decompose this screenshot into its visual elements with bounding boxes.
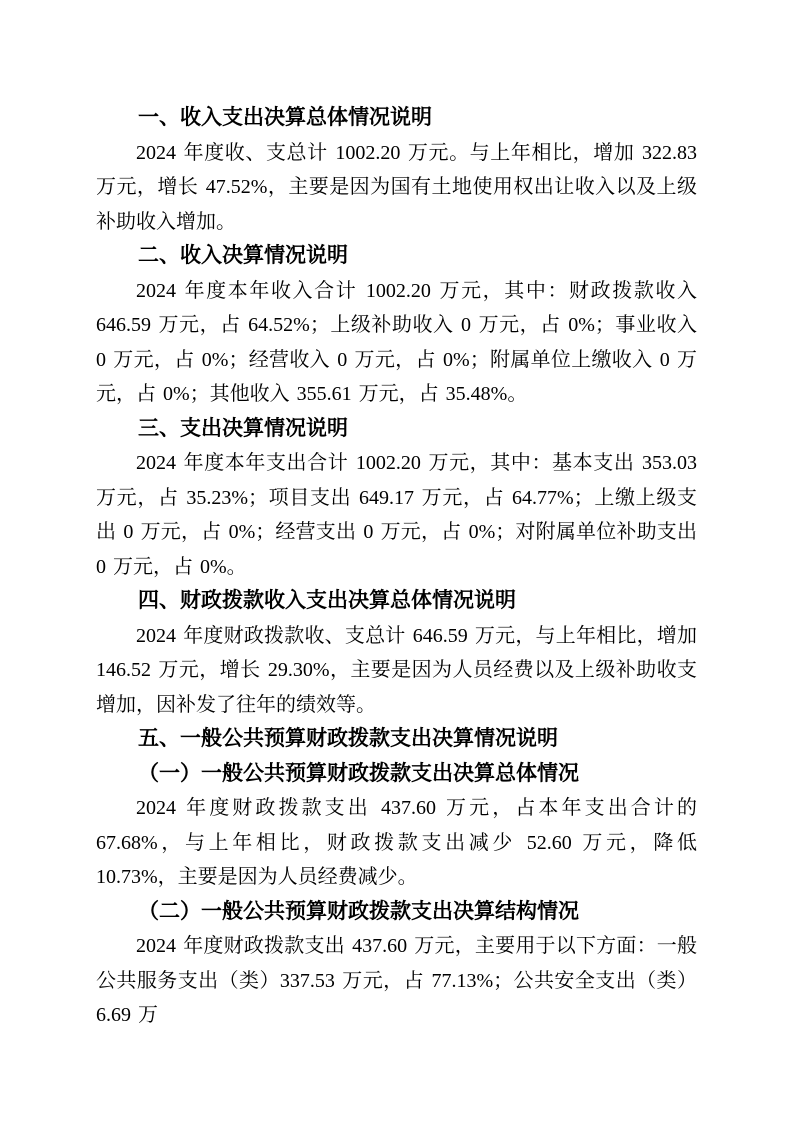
paragraph-general-public-budget-overall: 2024 年度财政拨款支出 437.60 万元，占本年支出合计的 67.68%，… (96, 791, 697, 895)
heading-expenditure-final-accounts: 三、支出决算情况说明 (96, 412, 697, 447)
subheading-general-public-budget-overall: （一）一般公共预算财政拨款支出决算总体情况 (96, 757, 697, 792)
document-content: 一、收入支出决算总体情况说明 2024 年度收、支总计 1002.20 万元。与… (96, 101, 697, 1033)
heading-general-public-budget-expenditure: 五、一般公共预算财政拨款支出决算情况说明 (96, 722, 697, 757)
subheading-general-public-budget-structure: （二）一般公共预算财政拨款支出决算结构情况 (96, 895, 697, 930)
heading-income-expenditure-overview: 一、收入支出决算总体情况说明 (96, 101, 697, 136)
paragraph-expenditure-final-accounts: 2024 年度本年支出合计 1002.20 万元，其中：基本支出 353.03 … (96, 446, 697, 584)
paragraph-income-final-accounts: 2024 年度本年收入合计 1002.20 万元，其中：财政拨款收入 646.5… (96, 274, 697, 412)
document-page: 一、收入支出决算总体情况说明 2024 年度收、支总计 1002.20 万元。与… (0, 0, 793, 1122)
heading-fiscal-appropriation-overview: 四、财政拨款收入支出决算总体情况说明 (96, 584, 697, 619)
paragraph-general-public-budget-structure: 2024 年度财政拨款支出 437.60 万元，主要用于以下方面：一般公共服务支… (96, 929, 697, 1033)
paragraph-fiscal-appropriation-overview: 2024 年度财政拨款收、支总计 646.59 万元，与上年相比，增加 146.… (96, 619, 697, 723)
heading-income-final-accounts: 二、收入决算情况说明 (96, 239, 697, 274)
paragraph-income-expenditure-overview: 2024 年度收、支总计 1002.20 万元。与上年相比，增加 322.83 … (96, 136, 697, 240)
